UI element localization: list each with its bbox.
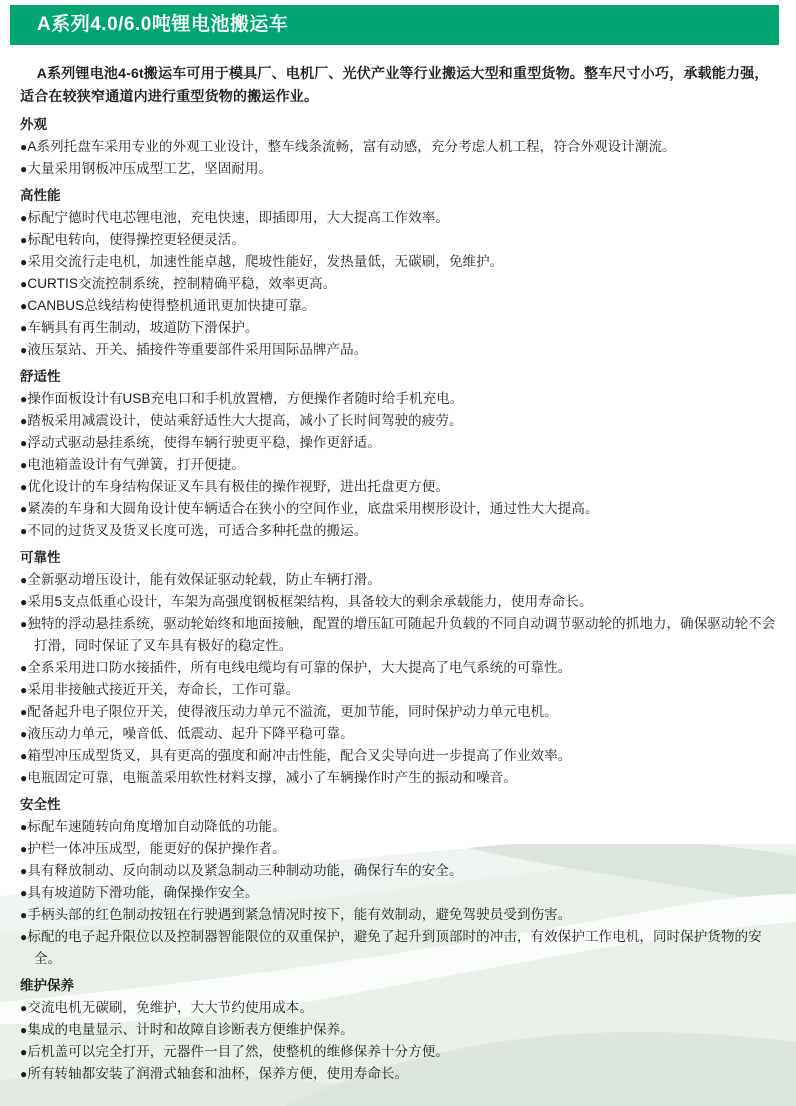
- feature-bullet: ●手柄头部的红色制动按钮在行驶遇到紧急情况时按下，能有效制动，避免驾驶员受到伤害…: [20, 904, 778, 926]
- feature-bullet: ●电瓶固定可靠，电瓶盖采用软性材料支撑，减小了车辆操作时产生的振动和噪音。: [20, 767, 778, 789]
- bullet-text: 大量采用钢板冲压成型工艺，坚固耐用。: [27, 161, 272, 176]
- feature-bullet: ●标配车速随转向角度增加自动降低的功能。: [20, 816, 778, 838]
- feature-bullet: ●配备起升电子限位开关，使得液压动力单元不溢流，更加节能，同时保护动力单元电机。: [20, 701, 778, 723]
- feature-bullet: ●紧凑的车身和大圆角设计使车辆适合在狭小的空间作业，底盘采用楔形设计，通过性大大…: [20, 498, 778, 520]
- feature-bullet: ●具有释放制动、反向制动以及紧急制动三种制动功能，确保行车的安全。: [20, 860, 778, 882]
- feature-bullet: ●交流电机无碳刷，免维护，大大节约使用成本。: [20, 997, 778, 1019]
- bullet-text: 车辆具有再生制动，坡道防下滑保护。: [27, 320, 258, 335]
- feature-bullet: ●全系采用进口防水接插件，所有电线电缆均有可靠的保护，大大提高了电气系统的可靠性…: [20, 657, 778, 679]
- bullet-text: 全新驱动增压设计，能有效保证驱动轮载，防止车辆打滑。: [27, 572, 381, 587]
- bullet-text: 手柄头部的红色制动按钮在行驶遇到紧急情况时按下，能有效制动，避免驾驶员受到伤害。: [27, 907, 571, 922]
- bullet-text: CANBUS总线结构使得整机通讯更加快捷可靠。: [27, 298, 315, 313]
- bullet-text: 后机盖可以完全打开，元器件一目了然，使整机的维修保养十分方便。: [27, 1044, 449, 1059]
- section-heading: 可靠性: [20, 547, 778, 569]
- bullet-text: 操作面板设计有USB充电口和手机放置槽，方便操作者随时给手机充电。: [27, 391, 463, 406]
- content: A系列锂电池4-6t搬运车可用于模具厂、电机厂、光伏产业等行业搬运大型和重型货物…: [20, 62, 778, 1085]
- feature-bullet: ●后机盖可以完全打开，元器件一目了然，使整机的维修保养十分方便。: [20, 1041, 778, 1063]
- bullet-text: 交流电机无碳刷，免维护，大大节约使用成本。: [27, 1000, 313, 1015]
- feature-bullet: ●箱型冲压成型货叉，具有更高的强度和耐冲击性能，配合叉尖导向进一步提高了作业效率…: [20, 745, 778, 767]
- bullet-text: 采用交流行走电机，加速性能卓越，爬坡性能好，发热量低，无碳刷，免维护。: [27, 254, 503, 269]
- section-heading: 舒适性: [20, 366, 778, 388]
- feature-bullet: ●优化设计的车身结构保证叉车具有极佳的操作视野，进出托盘更方便。: [20, 476, 778, 498]
- section-heading: 安全性: [20, 794, 778, 816]
- bullet-text: 标配的电子起升限位以及控制器智能限位的双重保护，避免了起升到顶部时的冲击，有效保…: [27, 929, 761, 966]
- feature-bullet: ●采用交流行走电机，加速性能卓越，爬坡性能好，发热量低，无碳刷，免维护。: [20, 251, 778, 273]
- bullet-text: 液压泵站、开关、插接件等重要部件采用国际品牌产品。: [27, 342, 367, 357]
- feature-bullet: ●电池箱盖设计有气弹簧，打开便捷。: [20, 454, 778, 476]
- feature-bullet: ●集成的电量显示、计时和故障自诊断表方便维护保养。: [20, 1019, 778, 1041]
- title-bar: A系列4.0/6.0吨锂电池搬运车: [10, 5, 779, 45]
- feature-bullet: ●CANBUS总线结构使得整机通讯更加快捷可靠。: [20, 295, 778, 317]
- bullet-text: CURTIS交流控制系统，控制精确平稳，效率更高。: [27, 276, 336, 291]
- bullet-text: 全系采用进口防水接插件，所有电线电缆均有可靠的保护，大大提高了电气系统的可靠性。: [27, 660, 571, 675]
- feature-bullet: ●具有坡道防下滑功能，确保操作安全。: [20, 882, 778, 904]
- feature-bullet: ●全新驱动增压设计，能有效保证驱动轮载，防止车辆打滑。: [20, 569, 778, 591]
- feature-bullet: ●大量采用钢板冲压成型工艺，坚固耐用。: [20, 158, 778, 180]
- bullet-text: 不同的过货叉及货叉长度可选，可适合多种托盘的搬运。: [27, 523, 367, 538]
- bullet-text: 标配电转向，使得操控更轻便灵活。: [27, 232, 245, 247]
- bullet-text: 优化设计的车身结构保证叉车具有极佳的操作视野，进出托盘更方便。: [27, 479, 449, 494]
- section-heading: 外观: [20, 114, 778, 136]
- section-heading: 维护保养: [20, 975, 778, 997]
- feature-bullet: ●操作面板设计有USB充电口和手机放置槽，方便操作者随时给手机充电。: [20, 388, 778, 410]
- bullet-text: 所有转轴都安装了润滑式轴套和油杯，保养方便，使用寿命长。: [27, 1066, 408, 1081]
- bullet-text: 踏板采用减震设计，使站乘舒适性大大提高，减小了长时间驾驶的疲劳。: [27, 413, 462, 428]
- feature-bullet: ●CURTIS交流控制系统，控制精确平稳，效率更高。: [20, 273, 778, 295]
- bullet-text: 标配车速随转向角度增加自动降低的功能。: [27, 819, 285, 834]
- bullet-text: 箱型冲压成型货叉，具有更高的强度和耐冲击性能，配合叉尖导向进一步提高了作业效率。: [27, 748, 571, 763]
- bullet-text: 护栏一体冲压成型，能更好的保护操作者。: [27, 841, 285, 856]
- intro-paragraph: A系列锂电池4-6t搬运车可用于模具厂、电机厂、光伏产业等行业搬运大型和重型货物…: [20, 62, 778, 107]
- bullet-text: 紧凑的车身和大圆角设计使车辆适合在狭小的空间作业，底盘采用楔形设计，通过性大大提…: [27, 501, 598, 516]
- bullet-text: 电池箱盖设计有气弹簧，打开便捷。: [27, 457, 245, 472]
- feature-bullet: ●所有转轴都安装了润滑式轴套和油杯，保养方便，使用寿命长。: [20, 1063, 778, 1085]
- feature-bullet: ●标配的电子起升限位以及控制器智能限位的双重保护，避免了起升到顶部时的冲击，有效…: [20, 926, 778, 970]
- feature-bullet: ●标配电转向，使得操控更轻便灵活。: [20, 229, 778, 251]
- feature-bullet: ●A系列托盘车采用专业的外观工业设计，整车线条流畅，富有动感，充分考虑人机工程，…: [20, 136, 778, 158]
- bullet-text: A系列托盘车采用专业的外观工业设计，整车线条流畅，富有动感，充分考虑人机工程，符…: [27, 139, 675, 154]
- bullet-text: 独特的浮动悬挂系统，驱动轮始终和地面接触，配置的增压缸可随起升负载的不同自动调节…: [27, 616, 775, 653]
- bullet-text: 液压动力单元，噪音低、低震动、起升下降平稳可靠。: [27, 726, 353, 741]
- document-page: A系列4.0/6.0吨锂电池搬运车 A系列锂电池4-6t搬运车可用于模具厂、电机…: [0, 0, 796, 1106]
- feature-bullet: ●护栏一体冲压成型，能更好的保护操作者。: [20, 838, 778, 860]
- bullet-text: 浮动式驱动悬挂系统，使得车辆行驶更平稳，操作更舒适。: [27, 435, 381, 450]
- feature-bullet: ●液压泵站、开关、插接件等重要部件采用国际品牌产品。: [20, 339, 778, 361]
- feature-bullet: ●采用非接触式接近开关，寿命长，工作可靠。: [20, 679, 778, 701]
- feature-bullet: ●不同的过货叉及货叉长度可选，可适合多种托盘的搬运。: [20, 520, 778, 542]
- section-heading: 高性能: [20, 185, 778, 207]
- feature-bullet: ●采用5支点低重心设计，车架为高强度钢板框架结构，具备较大的剩余承载能力，使用寿…: [20, 591, 778, 613]
- bullet-text: 集成的电量显示、计时和故障自诊断表方便维护保养。: [27, 1022, 353, 1037]
- bullet-text: 配备起升电子限位开关，使得液压动力单元不溢流，更加节能，同时保护动力单元电机。: [27, 704, 557, 719]
- feature-bullet: ●浮动式驱动悬挂系统，使得车辆行驶更平稳，操作更舒适。: [20, 432, 778, 454]
- bullet-text: 标配宁德时代电芯锂电池，充电快速，即插即用，大大提高工作效率。: [27, 210, 449, 225]
- bullet-text: 采用5支点低重心设计，车架为高强度钢板框架结构，具备较大的剩余承载能力，使用寿命…: [27, 594, 592, 609]
- bullet-text: 采用非接触式接近开关，寿命长，工作可靠。: [27, 682, 299, 697]
- feature-bullet: ●液压动力单元，噪音低、低震动、起升下降平稳可靠。: [20, 723, 778, 745]
- bullet-text: 具有释放制动、反向制动以及紧急制动三种制动功能，确保行车的安全。: [27, 863, 462, 878]
- feature-bullet: ●标配宁德时代电芯锂电池，充电快速，即插即用，大大提高工作效率。: [20, 207, 778, 229]
- feature-bullet: ●车辆具有再生制动，坡道防下滑保护。: [20, 317, 778, 339]
- page-title: A系列4.0/6.0吨锂电池搬运车: [37, 14, 288, 35]
- bullet-text: 电瓶固定可靠，电瓶盖采用软性材料支撑，减小了车辆操作时产生的振动和噪音。: [27, 770, 517, 785]
- feature-bullet: ●踏板采用减震设计，使站乘舒适性大大提高，减小了长时间驾驶的疲劳。: [20, 410, 778, 432]
- sections: 外观●A系列托盘车采用专业的外观工业设计，整车线条流畅，富有动感，充分考虑人机工…: [20, 114, 778, 1085]
- feature-bullet: ●独特的浮动悬挂系统，驱动轮始终和地面接触，配置的增压缸可随起升负载的不同自动调…: [20, 613, 778, 657]
- bullet-text: 具有坡道防下滑功能，确保操作安全。: [27, 885, 258, 900]
